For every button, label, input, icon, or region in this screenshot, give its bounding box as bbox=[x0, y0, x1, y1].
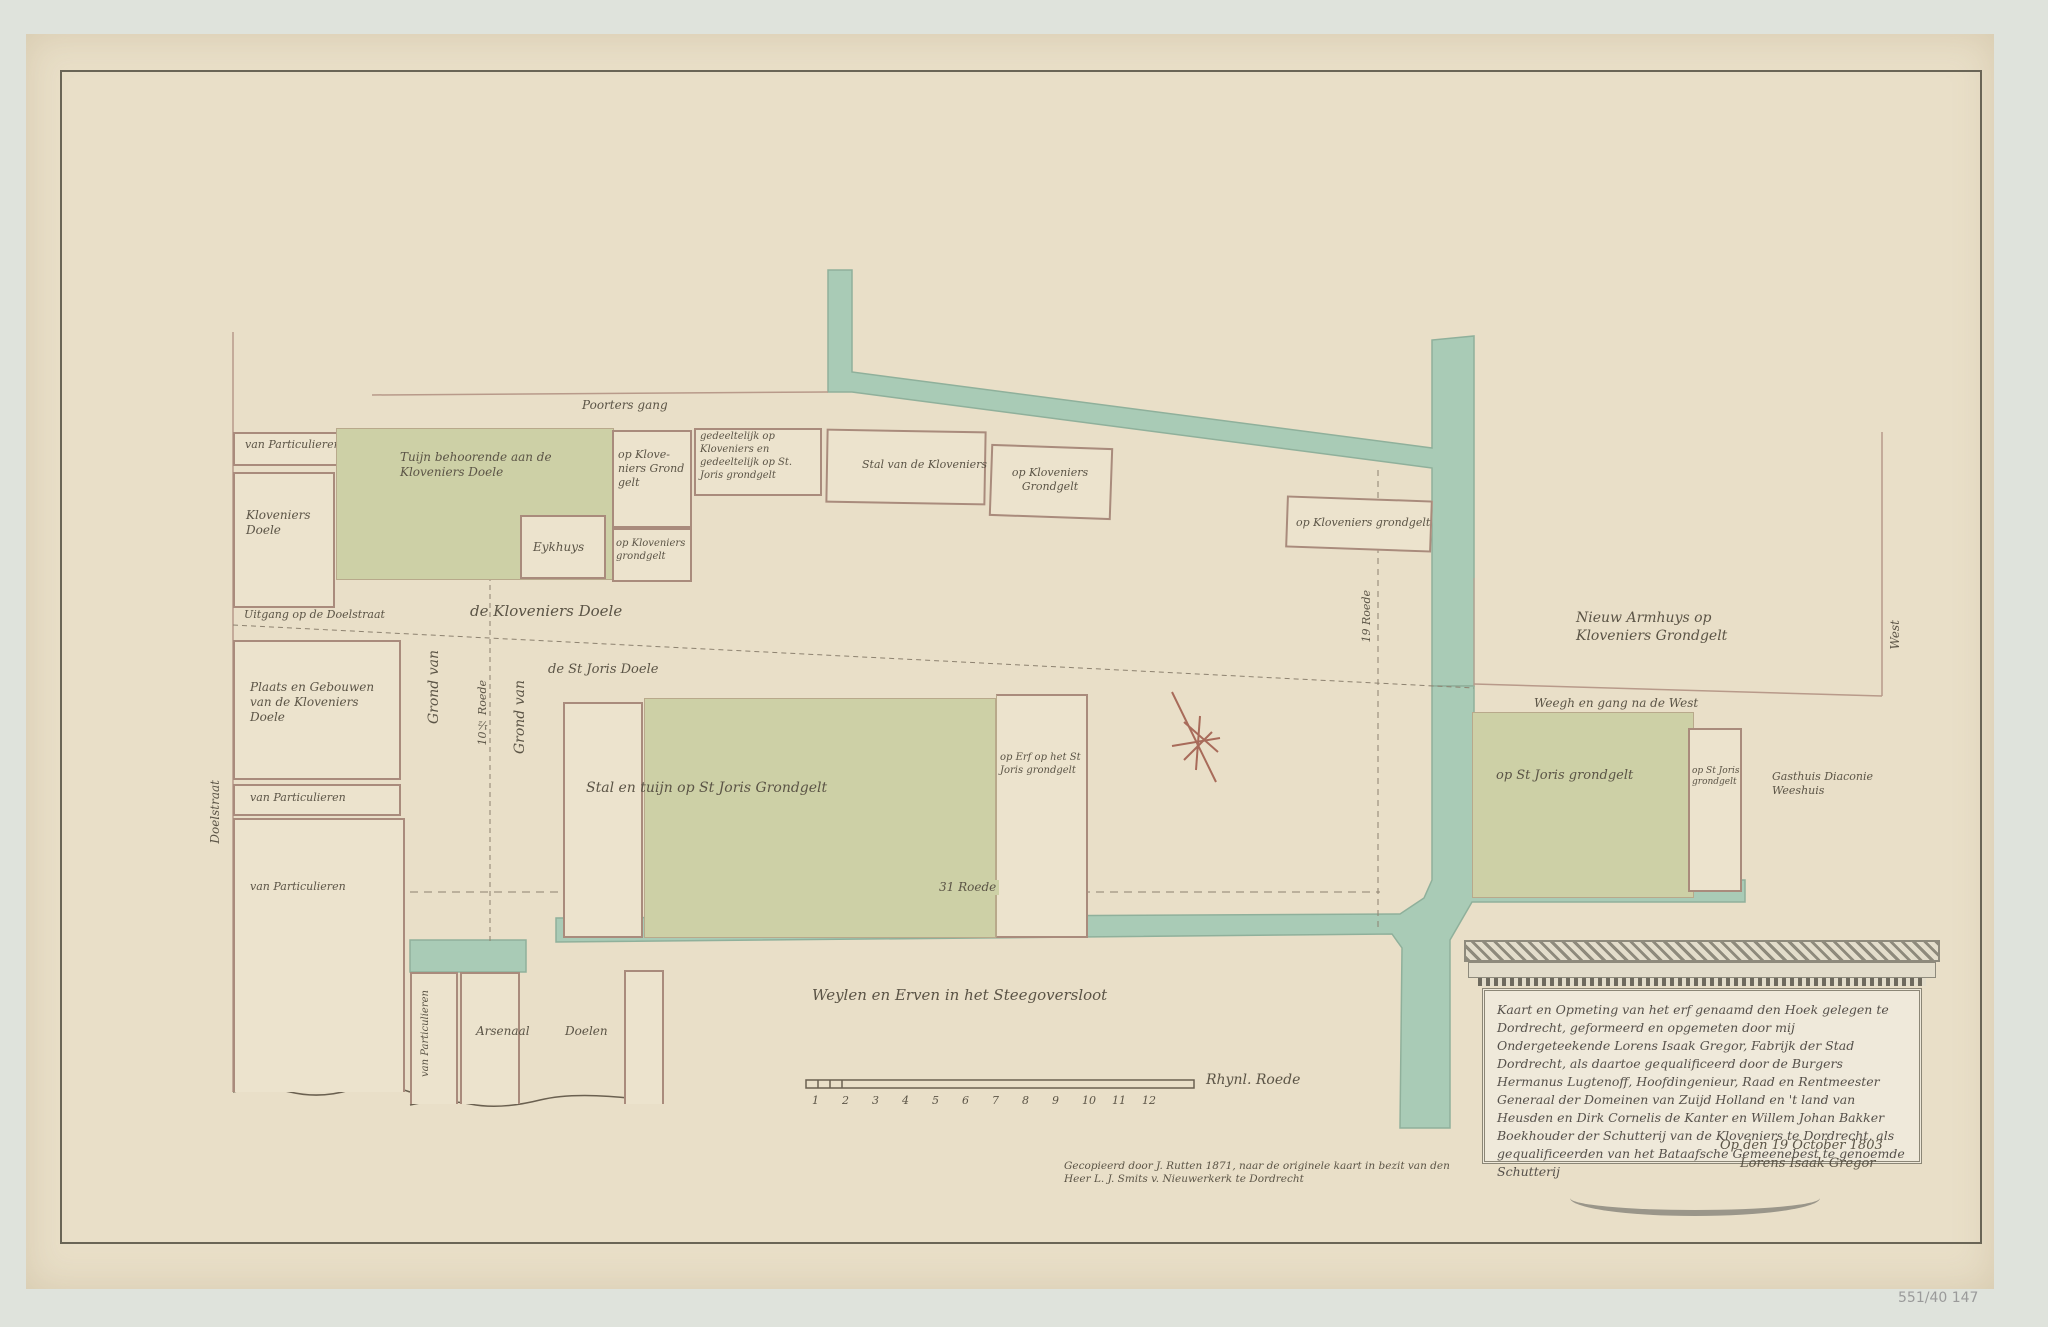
plot-op-st-joris-small bbox=[1688, 728, 1742, 892]
label-op-erf-st-joris: op Erf op het St Joris grondgelt bbox=[1000, 752, 1084, 777]
cartouche-date: Op den 19 October 1803 bbox=[1720, 1138, 1883, 1154]
label-nieuw-armhuys: Nieuw Armhuys op Kloveniers Grondgelt bbox=[1576, 610, 1756, 645]
label-roede-19: 19 Roede bbox=[1360, 590, 1374, 642]
label-van-particulieren-1: van Particulieren bbox=[250, 791, 346, 805]
scale-tick: 7 bbox=[992, 1094, 1022, 1108]
canal-stub bbox=[410, 940, 526, 972]
plot-van-particulieren-2 bbox=[233, 818, 405, 1092]
label-eykhuys: Eykhuys bbox=[533, 540, 584, 555]
label-west: West bbox=[1888, 620, 1903, 649]
garland-ornament bbox=[1570, 1180, 1820, 1216]
label-uitgang-doelstraat: Uitgang op de Doelstraat bbox=[244, 608, 385, 622]
label-tuin-kloveniers: Tuijn behoorende aan de Kloveniers Doele bbox=[400, 450, 580, 480]
label-arsenaal: Arsenaal bbox=[476, 1024, 530, 1039]
label-de-st-joris-doele: de St Joris Doele bbox=[548, 662, 658, 678]
label-van-particulieren-bottom: van Particulieren bbox=[420, 990, 433, 1077]
compass-rose bbox=[1172, 692, 1220, 782]
copy-note: Gecopieerd door J. Rutten 1871, naar de … bbox=[1064, 1160, 1464, 1186]
scale-tick-labels: 123456789101112 bbox=[812, 1094, 1172, 1108]
label-op-kloveniers-grondgelt-3: op Kloveniers grondgelt bbox=[1296, 516, 1430, 530]
label-van-particulieren-top: van Particulieren bbox=[245, 438, 341, 452]
scale-tick: 12 bbox=[1142, 1094, 1172, 1108]
label-grond-van-left: Grond van bbox=[426, 650, 444, 724]
label-roede-31: 31 Roede bbox=[936, 880, 999, 895]
garden-st-joris-right bbox=[1472, 712, 1694, 898]
cartouche: Kaart en Opmeting van het erf genaamd de… bbox=[1448, 934, 1940, 1170]
label-roede-10: 10½ Roede bbox=[476, 680, 490, 745]
label-stal-kloveniers: Stal van de Kloveniers bbox=[862, 458, 987, 472]
scale-tick: 2 bbox=[842, 1094, 872, 1108]
plot-van-particulieren-bottom bbox=[410, 972, 458, 1104]
label-op-st-joris-grondgelt: op St Joris grondgelt bbox=[1496, 768, 1633, 784]
label-poortersgang: Poorters gang bbox=[582, 398, 668, 413]
scale-tick: 6 bbox=[962, 1094, 992, 1108]
scale-bar bbox=[806, 1080, 1194, 1088]
label-stal-tuin-st-joris: Stal en tuijn op St Joris Grondgelt bbox=[586, 780, 827, 798]
label-op-klove-grondgelt: op Klove- niers Grond gelt bbox=[618, 448, 686, 489]
catalog-number: 551/40 147 bbox=[1898, 1290, 1978, 1306]
garden-st-joris bbox=[644, 698, 996, 938]
plot-stal-st-joris bbox=[563, 702, 643, 938]
scale-tick: 8 bbox=[1022, 1094, 1052, 1108]
plot-bottom-right-strip bbox=[624, 970, 664, 1104]
cartouche-signature: Lorens Isaak Gregor bbox=[1740, 1156, 1876, 1172]
scale-unit-label: Rhynl. Roede bbox=[1206, 1072, 1300, 1090]
scale-tick: 11 bbox=[1112, 1094, 1142, 1108]
label-op-st-joris-grondgelt-small: op St Joris grondgelt bbox=[1692, 766, 1740, 789]
label-gedeeltelijk: gedeeltelijk op Kloveniers en gedeelteli… bbox=[700, 430, 818, 482]
scale-tick: 1 bbox=[812, 1094, 842, 1108]
cartouche-cornice bbox=[1464, 940, 1940, 962]
label-de-kloveniers-doele: de Kloveniers Doele bbox=[470, 602, 622, 621]
label-op-kloveniers-grondgelt-2: op Kloveniers grondgelt bbox=[616, 538, 688, 563]
plot-kloveniers-doele bbox=[233, 472, 335, 608]
scale-tick: 4 bbox=[902, 1094, 932, 1108]
label-weg-gang-west: Weegh en gang na de West bbox=[1534, 696, 1698, 711]
plot-op-erf-st-joris bbox=[996, 694, 1088, 938]
cartouche-ledge bbox=[1468, 962, 1936, 978]
label-doelstraat: Doelstraat bbox=[208, 780, 223, 844]
label-van-particulieren-2: van Particulieren bbox=[250, 880, 346, 894]
label-grond-van-right: Grond van bbox=[512, 680, 530, 754]
label-doelen: Doelen bbox=[565, 1024, 608, 1039]
label-kloveniers-doele: Kloveniers Doele bbox=[246, 508, 316, 538]
label-plaats-gebouwen: Plaats en Gebouwen van de Kloveniers Doe… bbox=[250, 680, 390, 725]
scale-tick: 5 bbox=[932, 1094, 962, 1108]
scale-tick: 10 bbox=[1082, 1094, 1112, 1108]
label-gasthuis: Gasthuis Diaconie Weeshuis bbox=[1772, 770, 1882, 798]
scale-tick: 3 bbox=[872, 1094, 902, 1108]
scale-tick: 9 bbox=[1052, 1094, 1082, 1108]
cartouche-dentils bbox=[1478, 978, 1926, 986]
label-op-kloveniers-grondgelt-1: op Kloveniers Grondgelt bbox=[1000, 466, 1100, 494]
label-water: Weylen en Erven in het Steegoversloot bbox=[812, 986, 1107, 1005]
